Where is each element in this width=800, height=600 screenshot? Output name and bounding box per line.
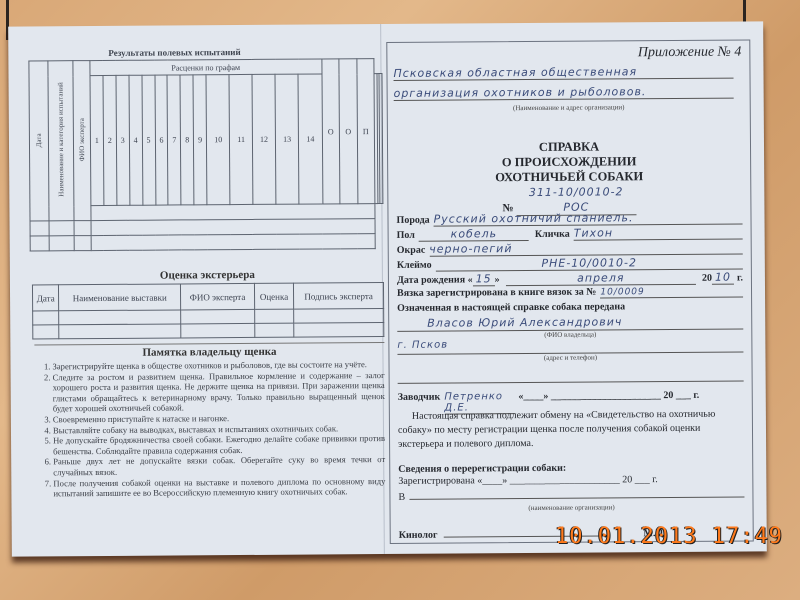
camera-date-stamp: 10.01.2013 17:49 — [555, 524, 783, 549]
trials-extra-col: О — [339, 59, 358, 204]
trials-column-number: 14 — [298, 74, 322, 204]
breeder-date: «____» ______________________ 20 ___ г. — [518, 390, 699, 402]
name-value: Тихон — [574, 226, 743, 241]
stamp-date: 10.01.2013 — [555, 524, 697, 549]
trials-column-number: 10 — [206, 75, 230, 205]
trials-extra-cell — [379, 74, 383, 204]
trials-column-number: 12 — [252, 74, 276, 204]
birth-day: 15 — [473, 272, 495, 286]
brand-label: Клеймо — [397, 260, 432, 271]
color-value: черно-пегий — [429, 241, 743, 257]
field-trials-table: Дата Наименование и категория испытаний … — [28, 58, 383, 251]
in-label: В — [398, 491, 405, 505]
exterior-header: Оценка — [254, 283, 294, 309]
mating-label: Вязка зарегистрирована в книге вязок за … — [397, 287, 596, 299]
exterior-header: Наименование выставки — [59, 284, 181, 311]
mating-value: 10/0009 — [600, 287, 743, 299]
certificate-title: СПРАВКА О ПРОИСХОЖДЕНИИ ОХОТНИЧЬЕЙ СОБАК… — [388, 138, 751, 217]
organization-caption: (Наименование и адрес организации) — [388, 102, 750, 113]
birth-year-unit: г. — [737, 273, 743, 284]
trials-extra-col: П — [356, 59, 375, 204]
appendix-label: Приложение № 4 — [638, 45, 742, 62]
birth-quote: » — [495, 274, 500, 285]
exchange-notice: Настоящая справка подлежит обмену на «Св… — [398, 408, 744, 452]
birth-year-suffix: 10 — [712, 271, 734, 285]
trials-column-number: 5 — [142, 75, 156, 205]
memo-item: Следите за ростом и развитием щенка. Пра… — [53, 370, 385, 415]
stamp-time: 17:49 — [712, 524, 783, 549]
trials-date-header: Дата — [35, 133, 43, 147]
in-caption: (наименование организации) — [399, 503, 745, 513]
trials-name-header: Наименование и категория испытаний — [57, 83, 66, 198]
trials-column-number: 2 — [103, 75, 117, 205]
trials-column-number: 9 — [193, 75, 207, 205]
organization-line2: организация охотников и рыболовов. — [394, 85, 734, 101]
birth-label: Дата рождения « — [397, 274, 473, 286]
cynologist-label: Кинолог — [399, 530, 438, 541]
trials-column-number: 8 — [180, 75, 194, 205]
memo-list: Зарегистрируйте щенка в обществе охотник… — [34, 359, 385, 499]
trials-column-number: 11 — [229, 74, 252, 204]
trials-column-number: 13 — [275, 74, 299, 204]
breeder-label: Заводчик — [398, 392, 441, 403]
color-label: Окрас — [397, 245, 426, 256]
right-panel: Приложение № 4 Псковская областная общес… — [386, 39, 753, 544]
sex-label: Пол — [397, 230, 415, 241]
breed-label: Порода — [396, 215, 429, 226]
address-extra-line — [398, 361, 744, 384]
left-panel: Результаты полевых испытаний Дата Наимен… — [18, 42, 391, 545]
certificate-paper: Результаты полевых испытаний Дата Наимен… — [8, 21, 767, 556]
trials-subheader: Расценки по графам — [90, 59, 322, 76]
organization-line1: Псковская областная общественная — [393, 65, 733, 81]
memo-item: Не допускайте бродяжничества своей собак… — [53, 433, 385, 457]
trials-title: Результаты полевых испытаний — [108, 47, 240, 58]
trials-column-number: 6 — [155, 75, 169, 205]
birth-month: апреля — [506, 271, 697, 286]
exterior-header: ФИО эксперта — [181, 283, 255, 310]
name-label: Кличка — [535, 229, 570, 240]
organization-field — [409, 487, 744, 500]
trials-column-number: 4 — [129, 75, 143, 205]
exterior-table: ДатаНаименование выставкиФИО экспертаОце… — [32, 282, 384, 339]
trials-column-number: 1 — [90, 75, 104, 205]
owner-memo: Памятка владельцу щенка Зарегистрируйте … — [34, 342, 385, 499]
memo-title: Памятка владельцу щенка — [34, 345, 384, 359]
breed-value: Русский охотничий спаниель. — [434, 211, 743, 227]
memo-item: Раньше двух лет не допускайте вязки соба… — [53, 454, 385, 478]
trials-expert-header: ФИО эксперта — [78, 118, 86, 161]
exterior-title: Оценка экстерьера — [160, 269, 255, 282]
trials-extra-col: О — [321, 59, 340, 204]
exterior-header: Подпись эксперта — [294, 283, 384, 310]
trials-column-number: 7 — [167, 75, 181, 205]
birth-year-prefix: 20 — [702, 273, 712, 284]
fields-block: Порода Русский охотничий спаниель. Пол к… — [396, 211, 744, 541]
trials-column-number: 3 — [116, 75, 130, 205]
exterior-header: Дата — [32, 285, 58, 311]
brand-value: РНЕ-10/0010-2 — [436, 256, 743, 272]
sex-value: кобель — [419, 227, 529, 242]
memo-item: После получения собакой оценки на выстав… — [53, 476, 385, 500]
